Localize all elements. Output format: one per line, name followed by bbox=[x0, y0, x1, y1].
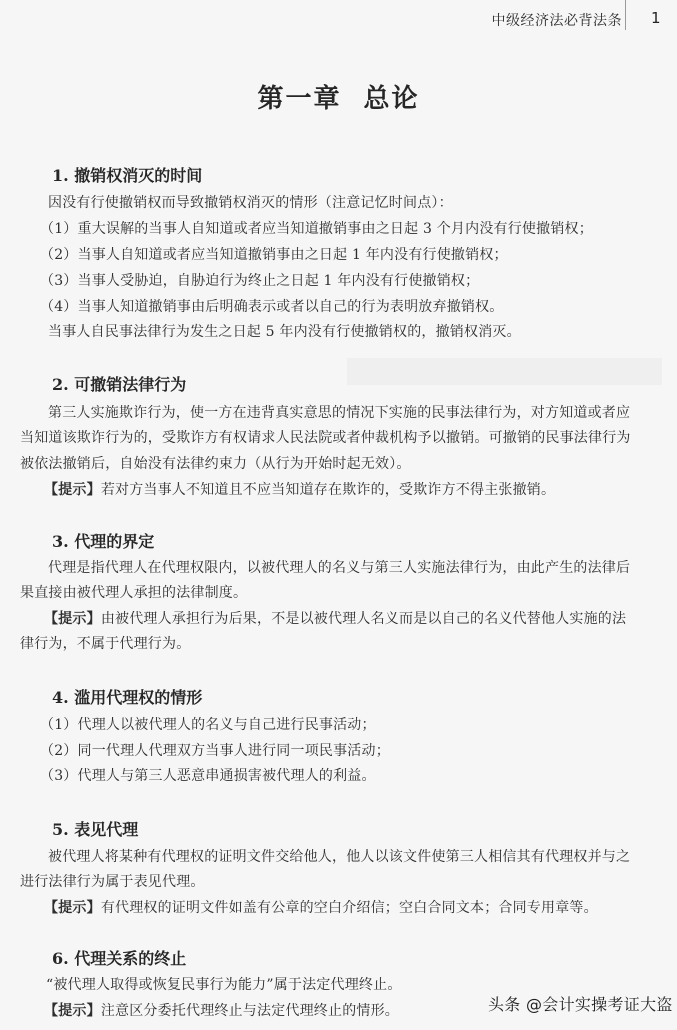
bleed-through-shade bbox=[347, 358, 662, 385]
chapter-title: 第一章总论 bbox=[0, 78, 677, 115]
list-item: （2）同一代理人代理双方当事人进行同一项民事活动； bbox=[40, 740, 390, 760]
paragraph-line: 被依法撤销后，自始没有法律约束力（从行为开始时起无效）。 bbox=[20, 453, 411, 473]
paragraph-line: 当事人自民事法律行为发生之日起 5 年内没有行使撤销权的，撤销权消灭。 bbox=[48, 321, 521, 341]
paragraph-line: 进行法律行为属于表见代理。 bbox=[20, 871, 205, 891]
section-title: 2. 可撤销法律行为 bbox=[52, 372, 186, 395]
list-item: （1）代理人以被代理人的名义与自己进行民事活动； bbox=[40, 714, 376, 734]
section-title: 5. 表见代理 bbox=[52, 817, 138, 840]
book-title: 中级经济法必背法条 bbox=[492, 10, 623, 30]
paragraph-line: 果直接由被代理人承担的法律制度。 bbox=[20, 582, 247, 602]
paragraph-line: 被代理人将某种有代理权的证明文件交给他人，他人以该文件使第三人相信其有代理权并与… bbox=[48, 846, 630, 866]
tip-line: 【提示】注意区分委托代理终止与法定代理终止的情形。 bbox=[44, 1000, 399, 1020]
running-header: 中级经济法必背法条 1 bbox=[0, 0, 677, 40]
source-watermark: 头条 @会计实操考证大盗 bbox=[488, 992, 673, 1015]
tip-line: 【提示】有代理权的证明文件如盖有公章的空白介绍信；空白合同文本；合同专用章等。 bbox=[44, 897, 598, 917]
paragraph-line: 因没有行使撤销权而导致撤销权消灭的情形（注意记忆时间点）： bbox=[48, 192, 453, 212]
tip-line: 【提示】若对方当事人不知道且不应当知道存在欺诈的，受欺诈方不得主张撤销。 bbox=[44, 479, 555, 499]
tip-label: 【提示】 bbox=[44, 482, 101, 498]
paragraph-line: 第三人实施欺诈行为，使一方在违背真实意思的情况下实施的民事法律行为，对方知道或者… bbox=[48, 402, 630, 422]
tip-text: 若对方当事人不知道且不应当知道存在欺诈的，受欺诈方不得主张撤销。 bbox=[101, 482, 555, 498]
header-divider bbox=[625, 0, 626, 30]
page-number: 1 bbox=[651, 9, 661, 27]
list-item: （3）当事人受胁迫，自胁迫行为终止之日起 1 年内没有行使撤销权； bbox=[40, 270, 479, 290]
tip-label: 【提示】 bbox=[44, 611, 101, 627]
tip-text: 由被代理人承担行为后果，不是以被代理人名义而是以自己的名义代替他人实施的法 bbox=[101, 611, 626, 627]
tip-text: 有代理权的证明文件如盖有公章的空白介绍信；空白合同文本；合同专用章等。 bbox=[101, 900, 598, 916]
section-title: 3. 代理的界定 bbox=[52, 529, 154, 552]
section-title: 4. 滥用代理权的情形 bbox=[52, 685, 202, 708]
chapter-prefix: 第一章 bbox=[257, 84, 341, 114]
list-item: （2）当事人自知道或者应当知道撤销事由之日起 1 年内没有行使撤销权； bbox=[40, 244, 508, 264]
list-item: （4）当事人知道撤销事由后明确表示或者以自己的行为表明放弃撤销权。 bbox=[40, 296, 504, 316]
chapter-name: 总论 bbox=[364, 84, 420, 114]
list-item: （1）重大误解的当事人自知道或者应当知道撤销事由之日起 3 个月内没有行使撤销权… bbox=[40, 218, 593, 238]
tip-label: 【提示】 bbox=[44, 900, 101, 916]
list-item: （3）代理人与第三人恶意串通损害被代理人的利益。 bbox=[40, 765, 376, 785]
tip-line-continued: 律行为，不属于代理行为。 bbox=[20, 633, 190, 653]
paragraph-line: “被代理人取得或恢复民事行为能力”属于法定代理终止。 bbox=[46, 974, 402, 994]
paragraph-line: 当知道该欺诈行为的，受欺诈方有权请求人民法院或者仲裁机构予以撤销。可撤销的民事法… bbox=[20, 427, 631, 447]
section-title: 6. 代理关系的终止 bbox=[52, 946, 186, 969]
section-title: 1. 撤销权消灭的时间 bbox=[52, 163, 202, 186]
tip-text: 注意区分委托代理终止与法定代理终止的情形。 bbox=[101, 1003, 399, 1019]
tip-line: 【提示】由被代理人承担行为后果，不是以被代理人名义而是以自己的名义代替他人实施的… bbox=[44, 608, 626, 628]
paragraph-line: 代理是指代理人在代理权限内，以被代理人的名义与第三人实施法律行为，由此产生的法律… bbox=[48, 557, 630, 577]
tip-label: 【提示】 bbox=[44, 1003, 101, 1019]
